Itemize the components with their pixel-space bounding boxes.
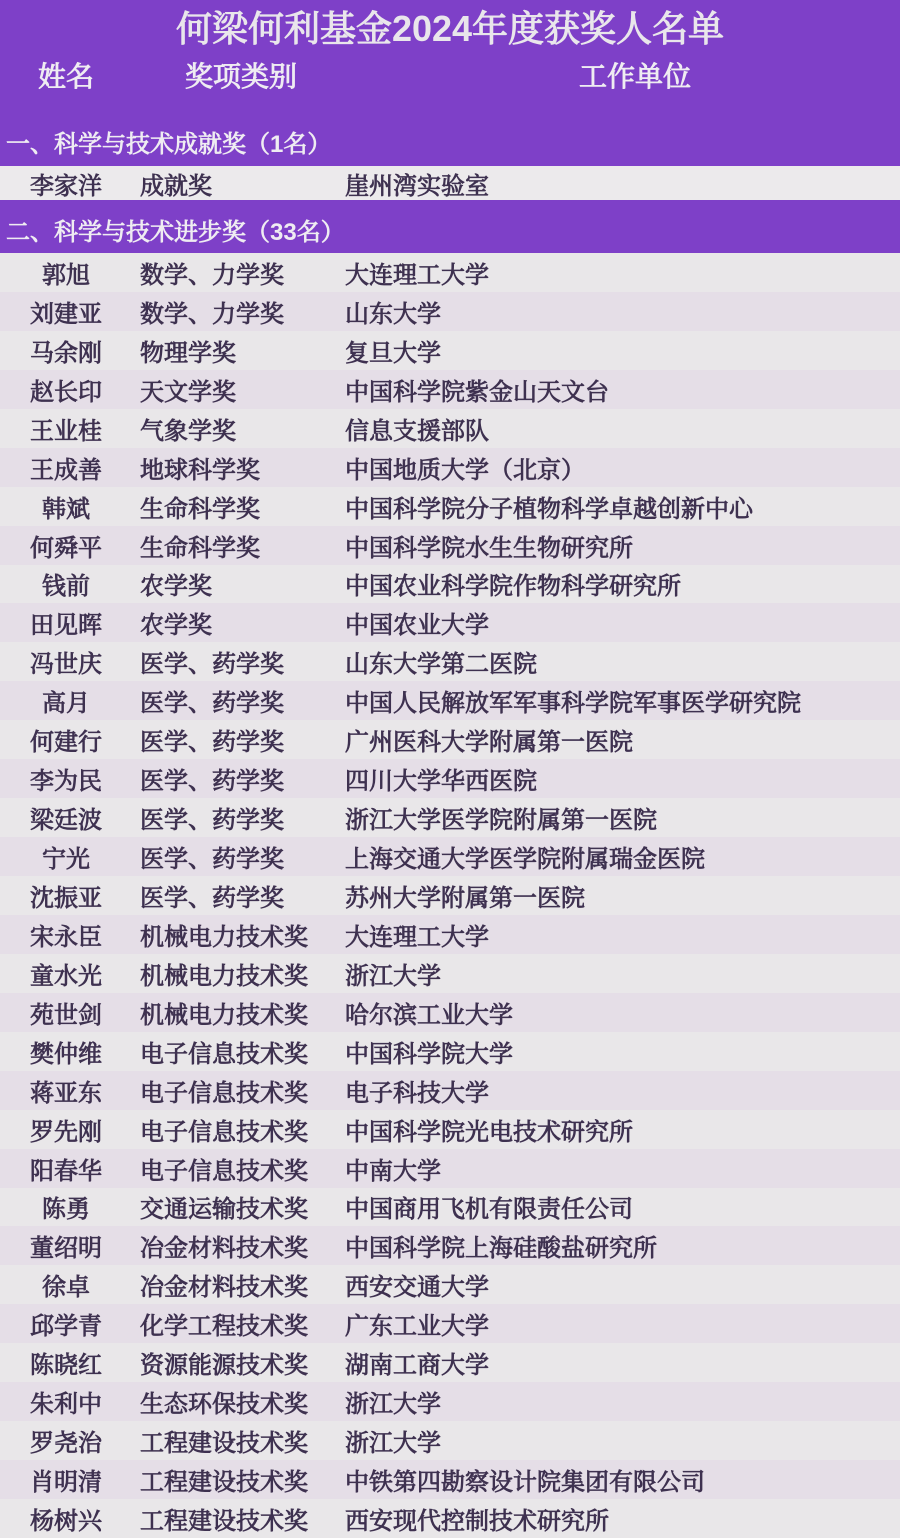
table-row: 陈晓红资源能源技术奖湖南工商大学 <box>0 1343 900 1382</box>
cell-org: 复旦大学 <box>337 333 900 368</box>
cell-org: 中国农业大学 <box>337 605 900 640</box>
cell-org: 中国科学院大学 <box>337 1034 900 1069</box>
table-row: 阳春华电子信息技术奖中南大学 <box>0 1149 900 1188</box>
cell-name: 陈勇 <box>0 1189 132 1224</box>
cell-name: 高月 <box>0 683 132 718</box>
table-row: 徐卓冶金材料技术奖西安交通大学 <box>0 1265 900 1304</box>
cell-name: 何舜平 <box>0 528 132 563</box>
table-row: 蒋亚东电子信息技术奖电子科技大学 <box>0 1071 900 1110</box>
cell-award: 医学、药学奖 <box>132 878 337 913</box>
section-header-achievement: 一、科学与技术成就奖（1名） <box>0 128 900 162</box>
award-list-page: 何梁何利基金2024年度获奖人名单 姓名 奖项类别 工作单位 一、科学与技术成就… <box>0 0 900 1538</box>
cell-name: 冯世庆 <box>0 644 132 679</box>
cell-award: 资源能源技术奖 <box>132 1345 337 1380</box>
progress-award-rows: 郭旭数学、力学奖大连理工大学刘建亚数学、力学奖山东大学马余刚物理学奖复旦大学赵长… <box>0 253 900 1538</box>
cell-org: 中国科学院光电技术研究所 <box>337 1112 900 1147</box>
cell-award: 天文学奖 <box>132 372 337 407</box>
cell-name: 王成善 <box>0 450 132 485</box>
cell-org: 上海交通大学医学院附属瑞金医院 <box>337 839 900 874</box>
column-header-org: 工作单位 <box>579 52 691 102</box>
cell-award: 生命科学奖 <box>132 489 337 524</box>
cell-name: 邱学青 <box>0 1306 132 1341</box>
cell-award: 冶金材料技术奖 <box>132 1228 337 1263</box>
cell-award: 生态环保技术奖 <box>132 1384 337 1419</box>
cell-name: 王业桂 <box>0 411 132 446</box>
cell-name: 韩斌 <box>0 489 132 524</box>
table-row: 樊仲维电子信息技术奖中国科学院大学 <box>0 1032 900 1071</box>
table-row: 何建行医学、药学奖广州医科大学附属第一医院 <box>0 720 900 759</box>
cell-org: 中国商用飞机有限责任公司 <box>337 1189 900 1224</box>
cell-org: 苏州大学附属第一医院 <box>337 878 900 913</box>
table-row: 邱学青化学工程技术奖广东工业大学 <box>0 1304 900 1343</box>
cell-org: 大连理工大学 <box>337 917 900 952</box>
cell-org: 浙江大学医学院附属第一医院 <box>337 800 900 835</box>
cell-name: 刘建亚 <box>0 294 132 329</box>
table-row: 梁廷波医学、药学奖浙江大学医学院附属第一医院 <box>0 798 900 837</box>
table-row: 高月医学、药学奖中国人民解放军军事科学院军事医学研究院 <box>0 681 900 720</box>
cell-name: 梁廷波 <box>0 800 132 835</box>
cell-org: 浙江大学 <box>337 1384 900 1419</box>
cell-award: 冶金材料技术奖 <box>132 1267 337 1302</box>
section-header-progress: 二、科学与技术进步奖（33名） <box>0 216 900 250</box>
cell-award: 地球科学奖 <box>132 450 337 485</box>
table-row: 宁光医学、药学奖上海交通大学医学院附属瑞金医院 <box>0 837 900 876</box>
cell-award: 医学、药学奖 <box>132 722 337 757</box>
cell-award: 成就奖 <box>132 166 337 201</box>
table-row: 李为民医学、药学奖四川大学华西医院 <box>0 759 900 798</box>
cell-org: 大连理工大学 <box>337 255 900 290</box>
table-row: 罗尧治工程建设技术奖浙江大学 <box>0 1421 900 1460</box>
table-row: 刘建亚数学、力学奖山东大学 <box>0 292 900 331</box>
cell-name: 李家洋 <box>0 166 132 201</box>
cell-name: 赵长印 <box>0 372 132 407</box>
cell-award: 工程建设技术奖 <box>132 1501 337 1536</box>
cell-org: 山东大学第二医院 <box>337 644 900 679</box>
achievement-award-rows: 李家洋成就奖崖州湾实验室 <box>0 166 900 200</box>
cell-name: 罗尧治 <box>0 1423 132 1458</box>
table-row: 马余刚物理学奖复旦大学 <box>0 331 900 370</box>
cell-name: 樊仲维 <box>0 1034 132 1069</box>
cell-org: 中南大学 <box>337 1151 900 1186</box>
table-row: 郭旭数学、力学奖大连理工大学 <box>0 253 900 292</box>
cell-name: 沈振亚 <box>0 878 132 913</box>
cell-award: 工程建设技术奖 <box>132 1462 337 1497</box>
table-row: 宋永臣机械电力技术奖大连理工大学 <box>0 915 900 954</box>
cell-org: 四川大学华西医院 <box>337 761 900 796</box>
cell-name: 宋永臣 <box>0 917 132 952</box>
cell-award: 生命科学奖 <box>132 528 337 563</box>
cell-name: 宁光 <box>0 839 132 874</box>
page-title: 何梁何利基金2024年度获奖人名单 <box>0 0 900 52</box>
cell-org: 广东工业大学 <box>337 1306 900 1341</box>
cell-org: 中国科学院上海硅酸盐研究所 <box>337 1228 900 1263</box>
cell-award: 物理学奖 <box>132 333 337 368</box>
cell-name: 朱利中 <box>0 1384 132 1419</box>
cell-award: 气象学奖 <box>132 411 337 446</box>
cell-name: 董绍明 <box>0 1228 132 1263</box>
cell-name: 马余刚 <box>0 333 132 368</box>
cell-name: 徐卓 <box>0 1267 132 1302</box>
cell-award: 农学奖 <box>132 566 337 601</box>
cell-award: 医学、药学奖 <box>132 644 337 679</box>
table-row: 沈振亚医学、药学奖苏州大学附属第一医院 <box>0 876 900 915</box>
table-row: 杨树兴工程建设技术奖西安现代控制技术研究所 <box>0 1499 900 1538</box>
table-row: 陈勇交通运输技术奖中国商用飞机有限责任公司 <box>0 1188 900 1227</box>
column-header-name: 姓名 <box>38 52 94 102</box>
cell-award: 医学、药学奖 <box>132 683 337 718</box>
table-row: 苑世剑机械电力技术奖哈尔滨工业大学 <box>0 993 900 1032</box>
table-row: 钱前农学奖中国农业科学院作物科学研究所 <box>0 565 900 604</box>
cell-name: 钱前 <box>0 566 132 601</box>
table-row: 董绍明冶金材料技术奖中国科学院上海硅酸盐研究所 <box>0 1226 900 1265</box>
column-header-award: 奖项类别 <box>185 52 297 102</box>
cell-award: 电子信息技术奖 <box>132 1151 337 1186</box>
table-row: 朱利中生态环保技术奖浙江大学 <box>0 1382 900 1421</box>
table-row: 王业桂气象学奖信息支援部队 <box>0 409 900 448</box>
cell-name: 郭旭 <box>0 255 132 290</box>
cell-award: 机械电力技术奖 <box>132 917 337 952</box>
cell-name: 杨树兴 <box>0 1501 132 1536</box>
cell-award: 交通运输技术奖 <box>132 1189 337 1224</box>
table-row: 田见晖农学奖中国农业大学 <box>0 603 900 642</box>
cell-award: 化学工程技术奖 <box>132 1306 337 1341</box>
table-row: 肖明清工程建设技术奖中铁第四勘察设计院集团有限公司 <box>0 1460 900 1499</box>
cell-org: 中国农业科学院作物科学研究所 <box>337 566 900 601</box>
cell-org: 中国科学院水生生物研究所 <box>337 528 900 563</box>
cell-name: 苑世剑 <box>0 995 132 1030</box>
cell-org: 中国科学院分子植物科学卓越创新中心 <box>337 489 900 524</box>
cell-org: 信息支援部队 <box>337 411 900 446</box>
column-header-row: 姓名 奖项类别 工作单位 <box>0 52 900 102</box>
cell-org: 哈尔滨工业大学 <box>337 995 900 1030</box>
table-row: 冯世庆医学、药学奖山东大学第二医院 <box>0 642 900 681</box>
cell-award: 农学奖 <box>132 605 337 640</box>
cell-org: 中国地质大学（北京） <box>337 450 900 485</box>
table-row: 王成善地球科学奖中国地质大学（北京） <box>0 448 900 487</box>
cell-name: 罗先刚 <box>0 1112 132 1147</box>
cell-award: 电子信息技术奖 <box>132 1073 337 1108</box>
cell-org: 中国科学院紫金山天文台 <box>337 372 900 407</box>
cell-name: 蒋亚东 <box>0 1073 132 1108</box>
cell-name: 陈晓红 <box>0 1345 132 1380</box>
table-row: 何舜平生命科学奖中国科学院水生生物研究所 <box>0 526 900 565</box>
cell-org: 广州医科大学附属第一医院 <box>337 722 900 757</box>
cell-name: 阳春华 <box>0 1151 132 1186</box>
cell-org: 浙江大学 <box>337 1423 900 1458</box>
cell-org: 山东大学 <box>337 294 900 329</box>
cell-award: 机械电力技术奖 <box>132 995 337 1030</box>
cell-org: 崖州湾实验室 <box>337 166 900 201</box>
cell-org: 湖南工商大学 <box>337 1345 900 1380</box>
cell-org: 浙江大学 <box>337 956 900 991</box>
cell-award: 数学、力学奖 <box>132 294 337 329</box>
table-row: 韩斌生命科学奖中国科学院分子植物科学卓越创新中心 <box>0 487 900 526</box>
cell-award: 电子信息技术奖 <box>132 1112 337 1147</box>
cell-org: 中铁第四勘察设计院集团有限公司 <box>337 1462 900 1497</box>
cell-name: 何建行 <box>0 722 132 757</box>
cell-org: 电子科技大学 <box>337 1073 900 1108</box>
cell-award: 医学、药学奖 <box>132 839 337 874</box>
cell-award: 数学、力学奖 <box>132 255 337 290</box>
cell-award: 医学、药学奖 <box>132 761 337 796</box>
table-row: 童水光机械电力技术奖浙江大学 <box>0 954 900 993</box>
cell-name: 田见晖 <box>0 605 132 640</box>
cell-award: 电子信息技术奖 <box>132 1034 337 1069</box>
table-row: 罗先刚电子信息技术奖中国科学院光电技术研究所 <box>0 1110 900 1149</box>
cell-name: 肖明清 <box>0 1462 132 1497</box>
cell-award: 工程建设技术奖 <box>132 1423 337 1458</box>
cell-award: 机械电力技术奖 <box>132 956 337 991</box>
cell-org: 西安现代控制技术研究所 <box>337 1501 900 1536</box>
cell-org: 西安交通大学 <box>337 1267 900 1302</box>
table-row: 赵长印天文学奖中国科学院紫金山天文台 <box>0 370 900 409</box>
table-row: 李家洋成就奖崖州湾实验室 <box>0 166 900 200</box>
cell-name: 李为民 <box>0 761 132 796</box>
cell-name: 童水光 <box>0 956 132 991</box>
cell-award: 医学、药学奖 <box>132 800 337 835</box>
cell-org: 中国人民解放军军事科学院军事医学研究院 <box>337 683 900 718</box>
